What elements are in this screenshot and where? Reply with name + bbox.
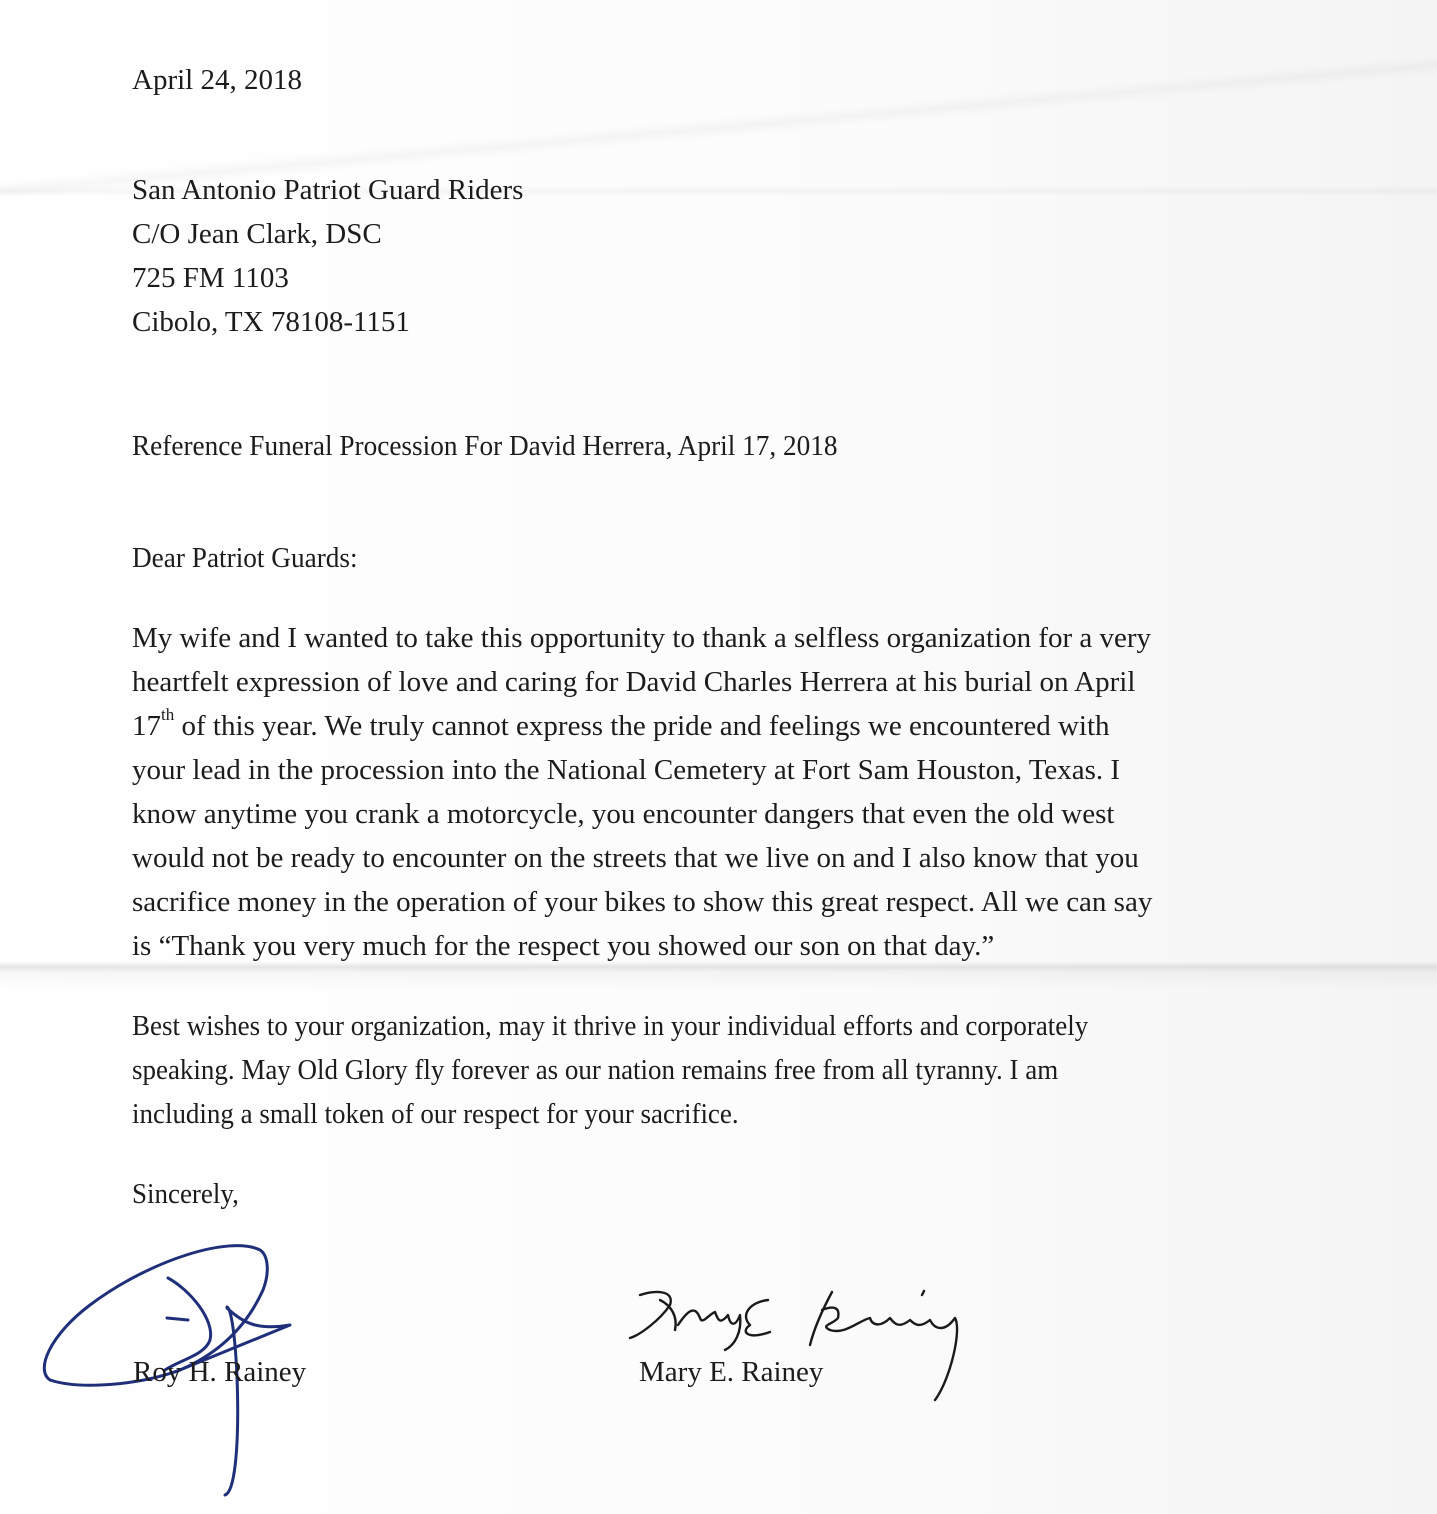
line-text: of this year. We truly cannot express th… [174, 710, 1109, 742]
signatory-name-roy: Roy H. Rainey [133, 1350, 306, 1394]
paragraph-line: know anytime you crank a motorcycle, you… [132, 792, 1152, 836]
recipient-line: San Antonio Patriot Guard Riders [132, 168, 523, 212]
recipient-line: C/O Jean Clark, DSC [132, 212, 523, 256]
reference-line: Reference Funeral Procession For David H… [132, 424, 838, 468]
paragraph-line: is “Thank you very much for the respect … [132, 924, 1152, 968]
paragraph-line: 17th of this year. We truly cannot expre… [132, 704, 1152, 748]
signature-mary-handwritten [600, 1270, 1060, 1420]
salutation: Dear Patriot Guards: [132, 536, 358, 580]
paragraph-line: your lead in the procession into the Nat… [132, 748, 1152, 792]
body-paragraph-1: My wife and I wanted to take this opport… [132, 616, 1152, 968]
paragraph-line: My wife and I wanted to take this opport… [132, 616, 1152, 660]
recipient-line: 725 FM 1103 [132, 256, 523, 300]
paragraph-line: would not be ready to encounter on the s… [132, 836, 1152, 880]
recipient-address: San Antonio Patriot Guard Riders C/O Jea… [132, 168, 523, 344]
signatory-name-mary: Mary E. Rainey [639, 1350, 823, 1394]
recipient-line: Cibolo, TX 78108-1151 [132, 300, 523, 344]
paragraph-line: heartfelt expression of love and caring … [132, 660, 1152, 704]
letter-date: April 24, 2018 [132, 58, 302, 102]
day-number: 17 [132, 710, 161, 742]
ordinal-suffix: th [161, 705, 174, 724]
paragraph-line: including a small token of our respect f… [132, 1092, 1088, 1136]
closing: Sincerely, [132, 1172, 239, 1216]
paragraph-line: speaking. May Old Glory fly forever as o… [132, 1048, 1088, 1092]
paragraph-line: Best wishes to your organization, may it… [132, 1004, 1088, 1048]
body-paragraph-2: Best wishes to your organization, may it… [132, 1004, 1088, 1136]
paragraph-line: sacrifice money in the operation of your… [132, 880, 1152, 924]
